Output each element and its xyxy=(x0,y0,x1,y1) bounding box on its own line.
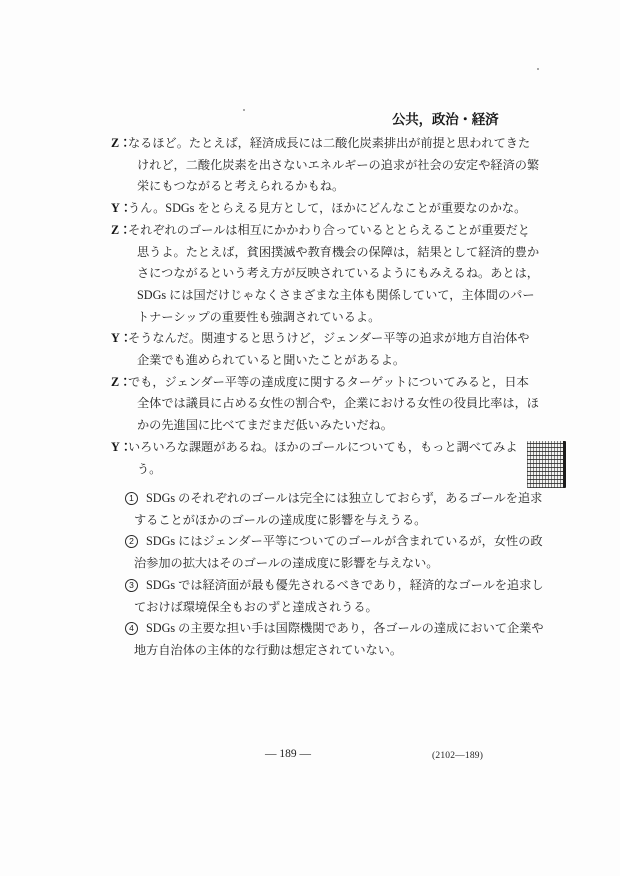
dialogue-text: トナーシップの重要性も強調されているよ。 xyxy=(137,310,380,324)
page-number: — 189 — xyxy=(243,748,333,760)
option-text: SDGs のそれぞれのゴールは完全には独立しておらず，あるゴールを追求 xyxy=(146,491,542,505)
speaker-label: Z： xyxy=(111,372,128,394)
show-through-artifact xyxy=(527,441,566,488)
dialogue-text: う。 xyxy=(137,462,161,476)
option-line: 治参加の拡大はそのゴールの達成度に影響を与えない。 xyxy=(134,553,560,575)
dialogue-text: そうなんだ。関連すると思うけど，ジェンダー平等の追求が地方自治体や xyxy=(128,331,529,345)
dialogue-line: 全体では議員に占める女性の割合や，企業における女性の役員比率は，ほ xyxy=(137,393,556,415)
option-text: 地方自治体の主体的な行動は想定されていない。 xyxy=(134,643,402,657)
scan-speck xyxy=(243,109,245,111)
dialogue-line: Y：いろいろな課題があるね。ほかのゴールについても，もっと調べてみよ xyxy=(111,437,556,459)
dialogue-text: うん。SDGs をとらえる見方として，ほかにどんなことが重要なのかな。 xyxy=(128,201,526,215)
dialogue-line: Y：そうなんだ。関連すると思うけど，ジェンダー平等の追求が地方自治体や xyxy=(111,328,556,350)
dialogue-line: かの先進国に比べてまだまだ低いみたいだね。 xyxy=(137,415,556,437)
dialogue-turn: Z：でも，ジェンダー平等の達成度に関するターゲットについてみると，日本全体では議… xyxy=(111,372,556,437)
dialogue-line: けれど，二酸化炭素を出さないエネルギーの追求が社会の安定や経済の繁 xyxy=(137,155,556,177)
dialogue-text: SDGs には国だけじゃなくさまざまな主体も関係していて，主体間のパー xyxy=(137,288,535,302)
option-text: ておけば環境保全もおのずと達成されうる。 xyxy=(134,600,378,614)
exam-page: 公共，政治・経済 Z：なるほど。たとえば，経済成長には二酸化炭素排出が前提と思わ… xyxy=(0,0,620,876)
dialogue-text: 全体では議員に占める女性の割合や，企業における女性の役員比率は，ほ xyxy=(137,396,539,410)
scan-speck xyxy=(524,235,526,237)
dialogue-line: Z：でも，ジェンダー平等の達成度に関するターゲットについてみると，日本 xyxy=(111,372,556,394)
dialogue-turn: Y：いろいろな課題があるね。ほかのゴールについても，もっと調べてみよう。 xyxy=(111,437,556,480)
dialogue-text: 思うよ。たとえば，貧困撲滅や教育機会の保障は，結果として経済的豊か xyxy=(137,245,539,259)
dialogue-text: かの先進国に比べてまだまだ低いみたいだね。 xyxy=(137,418,393,432)
option-line: 4SDGs の主要な担い手は国際機関であり，各ゴールの達成において企業や xyxy=(125,618,560,640)
dialogue-text: 企業でも進められていると聞いたことがあるよ。 xyxy=(137,353,405,367)
dialogue-line: 栄にもつながると考えられるかもね。 xyxy=(137,176,556,198)
speaker-label: Z： xyxy=(111,220,128,242)
answer-option: 4SDGs の主要な担い手は国際機関であり，各ゴールの達成において企業や地方自治… xyxy=(125,618,560,661)
option-line: 3SDGs では経済面が最も優先されるべきであり，経済的なゴールを追求し xyxy=(125,575,560,597)
option-line: 1SDGs のそれぞれのゴールは完全には独立しておらず，あるゴールを追求 xyxy=(125,488,560,510)
dialogue-text: なるほど。たとえば，経済成長には二酸化炭素排出が前提と思われてきた xyxy=(128,136,530,150)
print-code: (2102—189) xyxy=(432,751,483,761)
option-text: SDGs の主要な担い手は国際機関であり，各ゴールの達成において企業や xyxy=(146,621,544,635)
dialogue-line: トナーシップの重要性も強調されているよ。 xyxy=(137,307,556,329)
dialogue-text: でも，ジェンダー平等の達成度に関するターゲットについてみると，日本 xyxy=(128,375,529,389)
option-line: ておけば環境保全もおのずと達成されうる。 xyxy=(134,597,560,619)
dialogue-line: Z：なるほど。たとえば，経済成長には二酸化炭素排出が前提と思われてきた xyxy=(111,133,556,155)
dialogue-turn: Y：うん。SDGs をとらえる見方として，ほかにどんなことが重要なのかな。 xyxy=(111,198,556,220)
option-line: 2SDGs にはジェンダー平等についてのゴールが含まれているが，女性の政 xyxy=(125,531,560,553)
dialogue-turn: Y：そうなんだ。関連すると思うけど，ジェンダー平等の追求が地方自治体や企業でも進… xyxy=(111,328,556,371)
dialogue-line: 企業でも進められていると聞いたことがあるよ。 xyxy=(137,350,556,372)
speaker-label: Y： xyxy=(111,328,128,350)
answer-option: 3SDGs では経済面が最も優先されるべきであり，経済的なゴールを追求しておけば… xyxy=(125,575,560,618)
option-text: することがほかのゴールの達成度に影響を与えうる。 xyxy=(134,513,426,527)
dialogue-text: さにつながるという考え方が反映されているようにもみえるね。あとは， xyxy=(137,266,539,280)
answer-options-block: 1SDGs のそれぞれのゴールは完全には独立しておらず，あるゴールを追求すること… xyxy=(125,488,560,662)
dialogue-line: Y：うん。SDGs をとらえる見方として，ほかにどんなことが重要なのかな。 xyxy=(111,198,556,220)
answer-option: 1SDGs のそれぞれのゴールは完全には独立しておらず，あるゴールを追求すること… xyxy=(125,488,560,531)
dialogue-line: う。 xyxy=(137,459,556,481)
dialogue-text: いろいろな課題があるね。ほかのゴールについても，もっと調べてみよ xyxy=(128,440,518,454)
circled-number-icon: 4 xyxy=(125,622,138,635)
answer-option: 2SDGs にはジェンダー平等についてのゴールが含まれているが，女性の政治参加の… xyxy=(125,531,560,574)
dialogue-line: SDGs には国だけじゃなくさまざまな主体も関係していて，主体間のパー xyxy=(137,285,556,307)
dialogue-line: Z：それぞれのゴールは相互にかかわり合っているととらえることが重要だと xyxy=(111,220,556,242)
speaker-label: Y： xyxy=(111,198,128,220)
dialogue-line: さにつながるという考え方が反映されているようにもみえるね。あとは， xyxy=(137,263,556,285)
dialogue-text: それぞれのゴールは相互にかかわり合っているととらえることが重要だと xyxy=(128,223,530,237)
dialogue-block: Z：なるほど。たとえば，経済成長には二酸化炭素排出が前提と思われてきたけれど，二… xyxy=(111,133,556,480)
option-text: SDGs にはジェンダー平等についてのゴールが含まれているが，女性の政 xyxy=(146,534,543,548)
circled-number-icon: 1 xyxy=(125,492,138,505)
option-line: することがほかのゴールの達成度に影響を与えうる。 xyxy=(134,510,560,532)
scan-speck xyxy=(537,68,539,70)
option-line: 地方自治体の主体的な行動は想定されていない。 xyxy=(134,640,560,662)
dialogue-turn: Z：それぞれのゴールは相互にかかわり合っているととらえることが重要だと思うよ。た… xyxy=(111,220,556,329)
option-text: 治参加の拡大はそのゴールの達成度に影響を与えない。 xyxy=(134,556,438,570)
dialogue-turn: Z：なるほど。たとえば，経済成長には二酸化炭素排出が前提と思われてきたけれど，二… xyxy=(111,133,556,198)
subject-header: 公共，政治・経済 xyxy=(392,108,498,128)
dialogue-text: けれど，二酸化炭素を出さないエネルギーの追求が社会の安定や経済の繁 xyxy=(137,158,539,172)
speaker-label: Z： xyxy=(111,133,128,155)
dialogue-line: 思うよ。たとえば，貧困撲滅や教育機会の保障は，結果として経済的豊か xyxy=(137,242,556,264)
option-text: SDGs では経済面が最も優先されるべきであり，経済的なゴールを追求し xyxy=(146,578,544,592)
speaker-label: Y： xyxy=(111,437,128,459)
circled-number-icon: 3 xyxy=(125,579,138,592)
circled-number-icon: 2 xyxy=(125,535,138,548)
dialogue-text: 栄にもつながると考えられるかもね。 xyxy=(137,179,344,193)
